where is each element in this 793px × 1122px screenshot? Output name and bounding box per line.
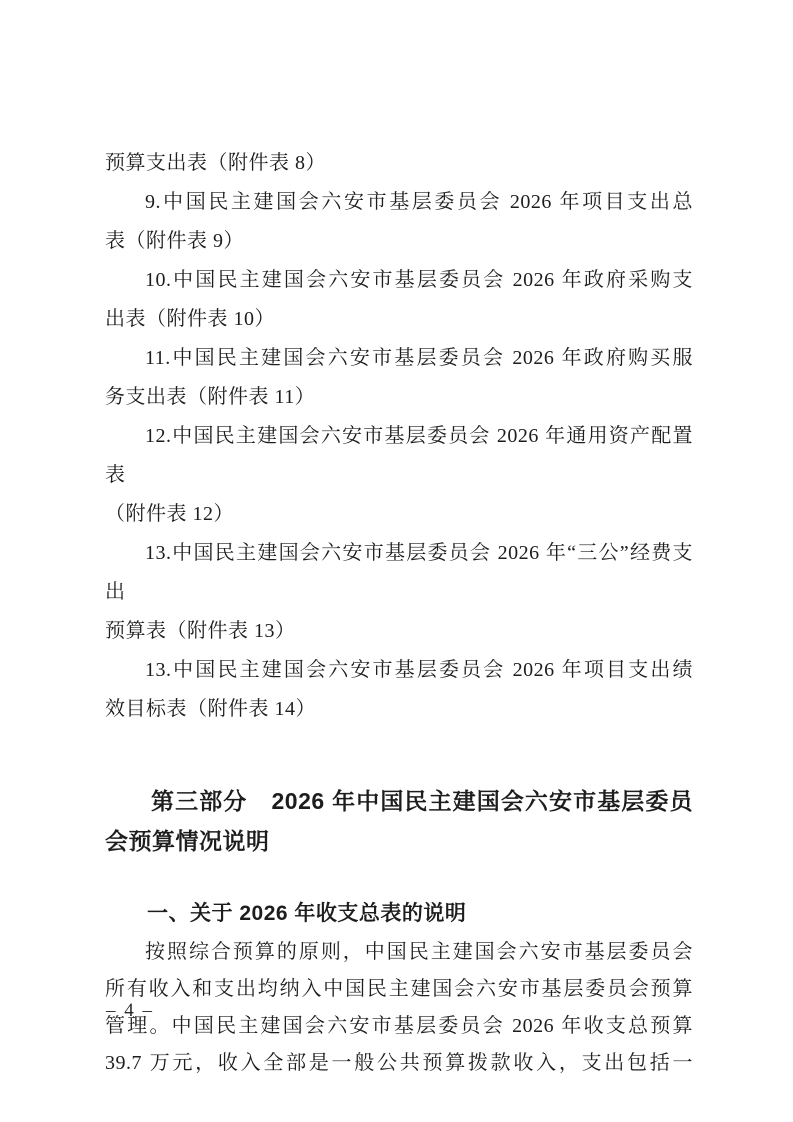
- paragraph-line: 管理。中国民主建国会六安市基层委员会 2026 年收支总预算: [105, 1008, 693, 1045]
- attachment-list-line: 效目标表（附件表 14）: [105, 690, 693, 729]
- page-number: – 4 –: [106, 1000, 154, 1022]
- attachment-list-line: 10.中国民主建国会六安市基层委员会 2026 年政府采购支: [105, 261, 693, 300]
- document-content: 预算支出表（附件表 8）9.中国民主建国会六安市基层委员会 2026 年项目支出…: [105, 144, 693, 1082]
- section-heading: 第三部分 2026 年中国民主建国会六安市基层委员会预算情况说明: [105, 781, 693, 861]
- document-page: 预算支出表（附件表 8）9.中国民主建国会六安市基层委员会 2026 年项目支出…: [0, 0, 793, 1122]
- paragraph-line: 39.7 万元，收入全部是一般公共预算拨款收入，支出包括一: [105, 1045, 693, 1082]
- attachment-list-line: 预算支出表（附件表 8）: [105, 144, 693, 183]
- attachment-list-line: 预算表（附件表 13）: [105, 612, 693, 651]
- attachment-list-line: 务支出表（附件表 11）: [105, 378, 693, 417]
- attachment-list-line: 9.中国民主建国会六安市基层委员会 2026 年项目支出总: [105, 183, 693, 222]
- attachment-list-line: 出表（附件表 10）: [105, 300, 693, 339]
- paragraph-line: 所有收入和支出均纳入中国民主建国会六安市基层委员会预算: [105, 971, 693, 1008]
- attachment-list-line: 12.中国民主建国会六安市基层委员会 2026 年通用资产配置表: [105, 417, 693, 495]
- attachment-list-line: 13.中国民主建国会六安市基层委员会 2026 年项目支出绩: [105, 651, 693, 690]
- attachment-list-line: 表（附件表 9）: [105, 222, 693, 261]
- subsection-heading: 一、关于 2026 年收支总表的说明: [105, 894, 693, 934]
- attachment-list-line: （附件表 12）: [105, 495, 693, 534]
- paragraph-line: 按照综合预算的原则，中国民主建国会六安市基层委员会: [105, 934, 693, 971]
- paragraph: 按照综合预算的原则，中国民主建国会六安市基层委员会所有收入和支出均纳入中国民主建…: [105, 934, 693, 1082]
- attachment-list-line: 13.中国民主建国会六安市基层委员会 2026 年“三公”经费支出: [105, 534, 693, 612]
- section-heading-line: 第三部分 2026 年中国民主建国会六安市基层委员: [105, 781, 693, 821]
- attachment-list: 预算支出表（附件表 8）9.中国民主建国会六安市基层委员会 2026 年项目支出…: [105, 144, 693, 729]
- section-heading-line: 会预算情况说明: [105, 821, 693, 861]
- attachment-list-line: 11.中国民主建国会六安市基层委员会 2026 年政府购买服: [105, 339, 693, 378]
